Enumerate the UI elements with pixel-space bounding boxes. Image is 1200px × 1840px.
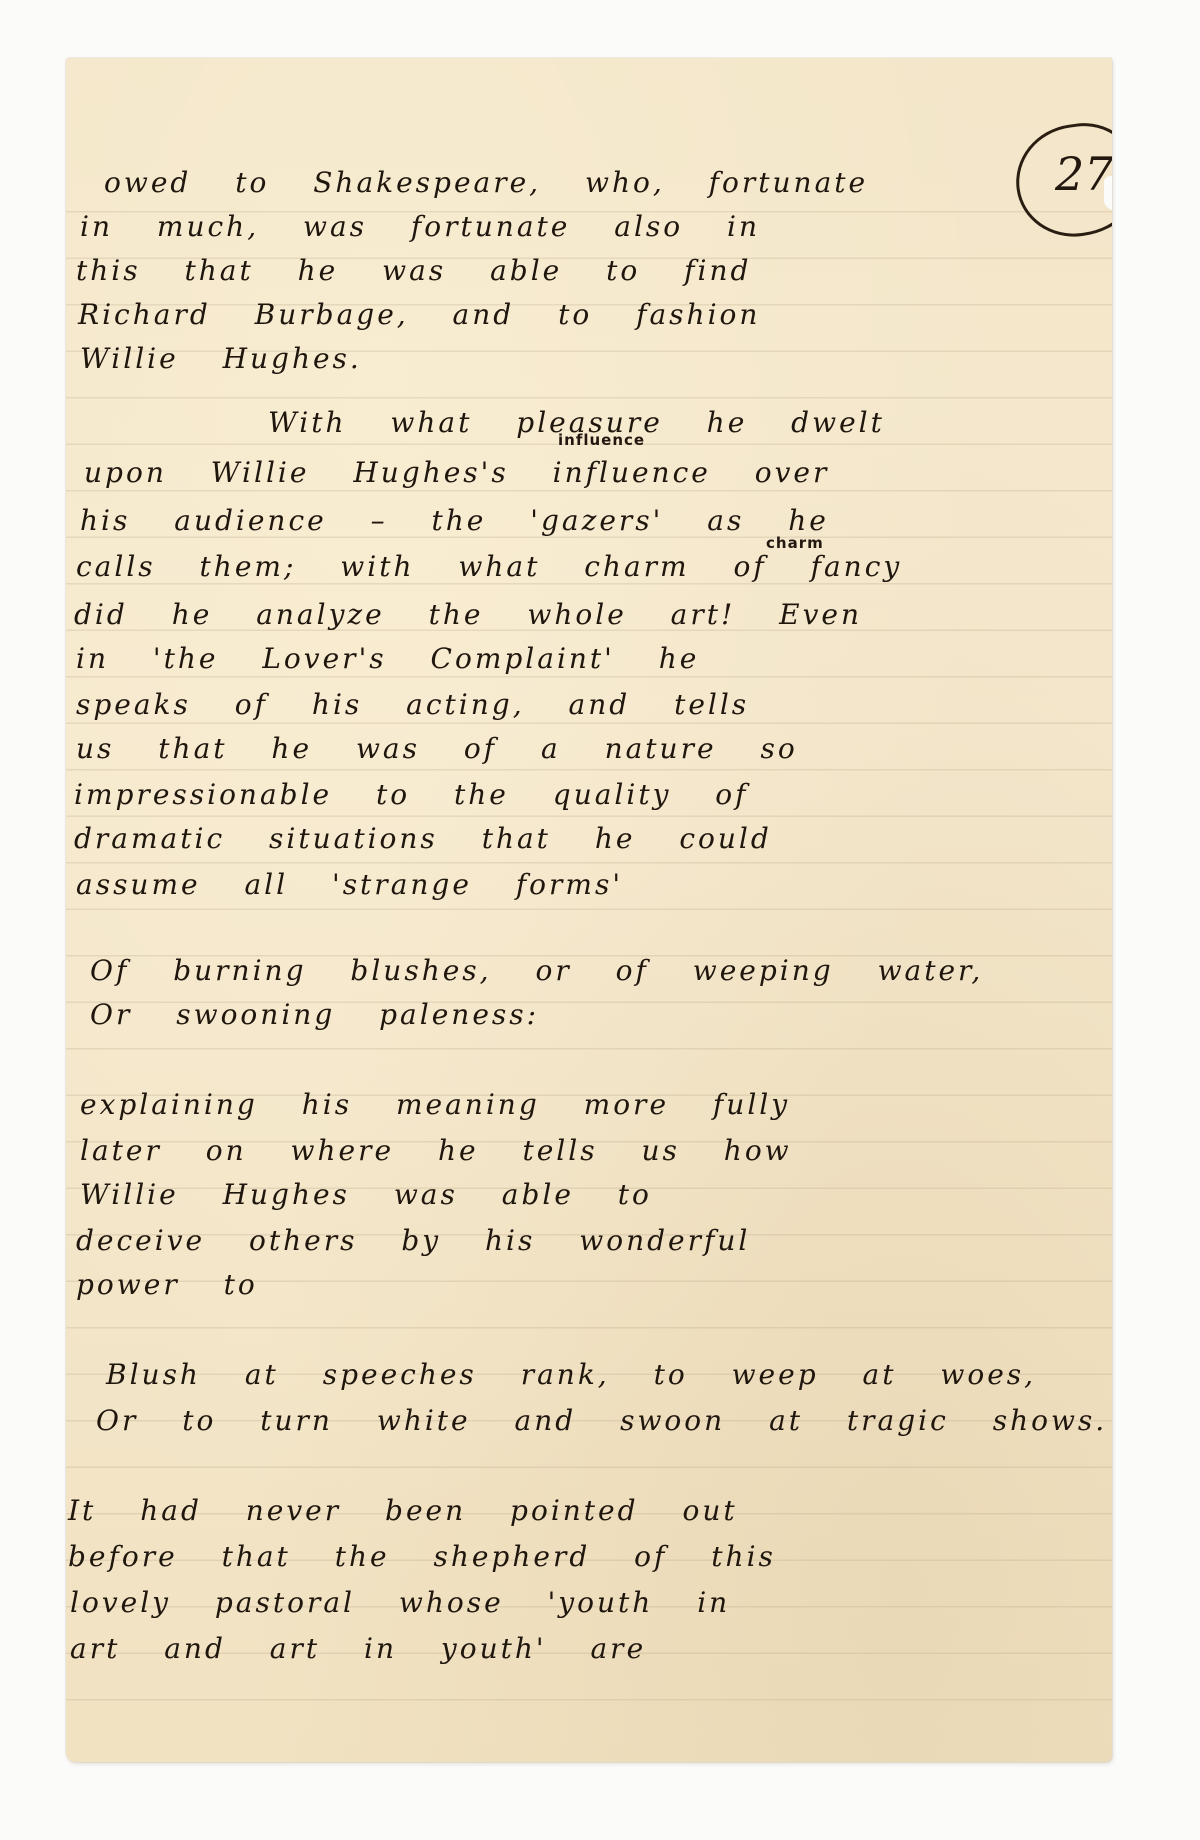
manuscript-line: this that he was able to find — [76, 254, 751, 287]
manuscript-page: 27 owed to Shakespeare, who, fortunate i… — [66, 58, 1112, 1762]
manuscript-verse-line: Or to turn white and swoon at tragic sho… — [96, 1404, 1107, 1437]
manuscript-line: art and art in youth' are — [70, 1632, 646, 1665]
manuscript-line: Willie Hughes. — [80, 342, 362, 375]
manuscript-line: upon Willie Hughes's influence over — [84, 456, 829, 489]
manuscript-line: before that the shepherd of this — [68, 1540, 776, 1573]
manuscript-verse-line: Or swooning paleness: — [90, 998, 539, 1031]
manuscript-line: impressionable to the quality of — [74, 778, 749, 811]
manuscript-line: deceive others by his wonderful — [76, 1224, 750, 1257]
manuscript-line: lovely pastoral whose 'youth in — [70, 1586, 730, 1619]
folio-number-circle: 27 — [1009, 116, 1112, 244]
manuscript-line: calls them; with what charm of fancy — [76, 550, 902, 583]
manuscript-line: speaks of his acting, and tells — [76, 688, 749, 721]
folio-number: 27 — [1055, 147, 1112, 201]
manuscript-line: in much, was fortunate also in — [80, 210, 760, 243]
manuscript-line: his audience – the 'gazers' as he — [80, 504, 829, 537]
manuscript-line: did he analyze the whole art! Even — [74, 598, 862, 631]
manuscript-verse-line: Blush at speeches rank, to weep at woes, — [106, 1358, 1036, 1391]
manuscript-verse-line: Of burning blushes, or of weeping water, — [90, 954, 983, 987]
manuscript-line: dramatic situations that he could — [74, 822, 772, 855]
manuscript-line: in 'the Lover's Complaint' he — [76, 642, 699, 675]
manuscript-line: assume all 'strange forms' — [76, 868, 623, 901]
insertion-influence: influence — [558, 431, 645, 449]
manuscript-line: It had never been pointed out — [68, 1494, 738, 1527]
manuscript-line: explaining his meaning more fully — [80, 1088, 790, 1121]
manuscript-line: Richard Burbage, and to fashion — [78, 298, 760, 331]
manuscript-line: later on where he tells us how — [80, 1134, 792, 1167]
manuscript-line: power to — [76, 1268, 258, 1301]
manuscript-line: us that he was of a nature so — [76, 732, 798, 765]
manuscript-line: Willie Hughes was able to — [80, 1178, 652, 1211]
manuscript-line: owed to Shakespeare, who, fortunate — [104, 166, 868, 199]
